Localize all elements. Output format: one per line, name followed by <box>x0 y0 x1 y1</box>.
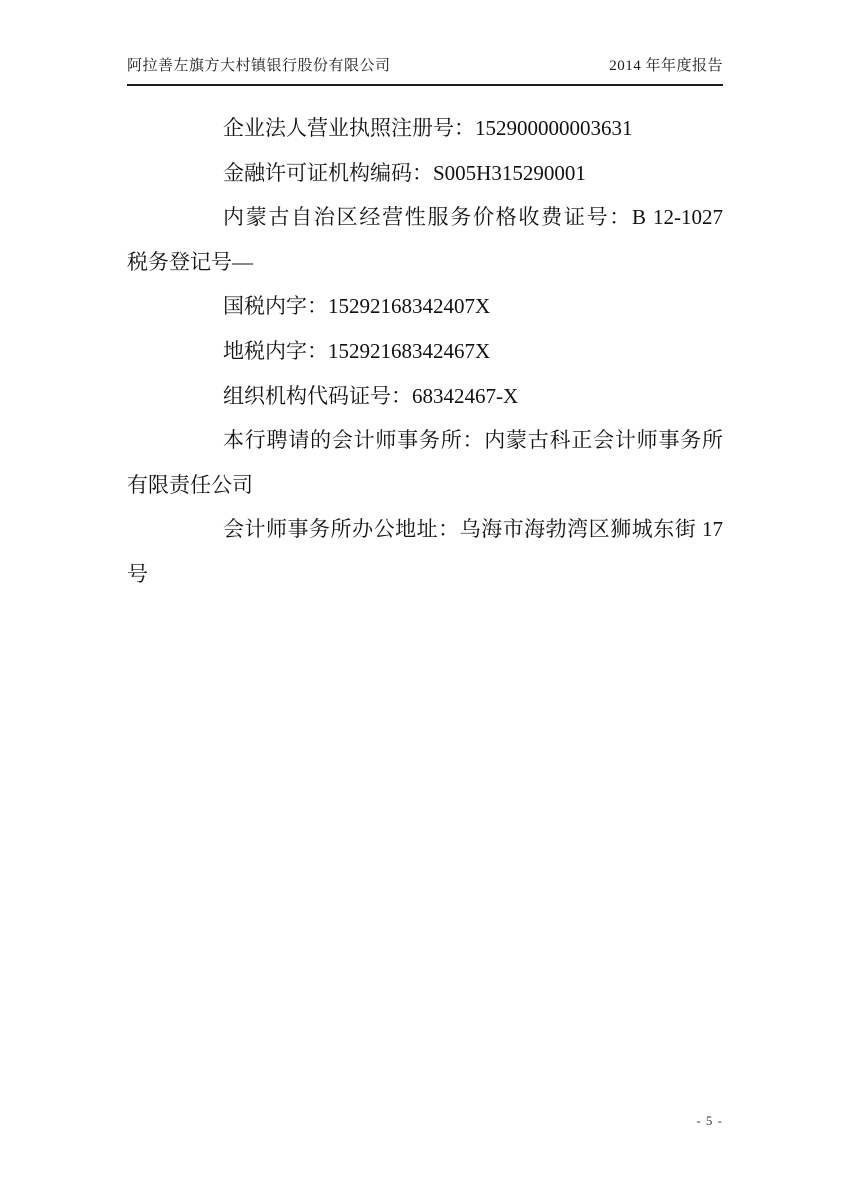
document-body: 企业法人营业执照注册号：152900000003631 金融许可证机构编码：S0… <box>127 106 723 597</box>
body-line-tax-registration-label: 税务登记号— <box>127 240 723 285</box>
body-line-firm-address-wrap: 号 <box>127 552 723 597</box>
company-name: 阿拉善左旗方大村镇银行股份有限公司 <box>127 56 391 77</box>
body-line-price-fee-cert: 内蒙古自治区经营性服务价格收费证号：B 12-1027 <box>127 195 723 240</box>
body-line-national-tax: 国税内字：15292168342407X <box>127 284 723 329</box>
body-line-accounting-firm: 本行聘请的会计师事务所：内蒙古科正会计师事务所 <box>127 418 723 463</box>
report-title: 2014 年年度报告 <box>609 56 723 77</box>
body-line-financial-license: 金融许可证机构编码：S005H315290001 <box>127 151 723 196</box>
body-line-local-tax: 地税内字：15292168342467X <box>127 329 723 374</box>
page-number: - 5 - <box>696 1113 723 1128</box>
body-line-organization-code: 组织机构代码证号：68342467-X <box>127 374 723 419</box>
body-line-business-license: 企业法人营业执照注册号：152900000003631 <box>127 106 723 151</box>
report-page: 阿拉善左旗方大村镇银行股份有限公司 2014 年年度报告 企业法人营业执照注册号… <box>0 0 849 1200</box>
body-line-firm-address: 会计师事务所办公地址：乌海市海勃湾区狮城东街 17 <box>127 507 723 552</box>
page-header: 阿拉善左旗方大村镇银行股份有限公司 2014 年年度报告 <box>127 56 723 86</box>
page-footer: - 5 - <box>696 1112 723 1130</box>
body-line-accounting-firm-wrap: 有限责任公司 <box>127 463 723 508</box>
